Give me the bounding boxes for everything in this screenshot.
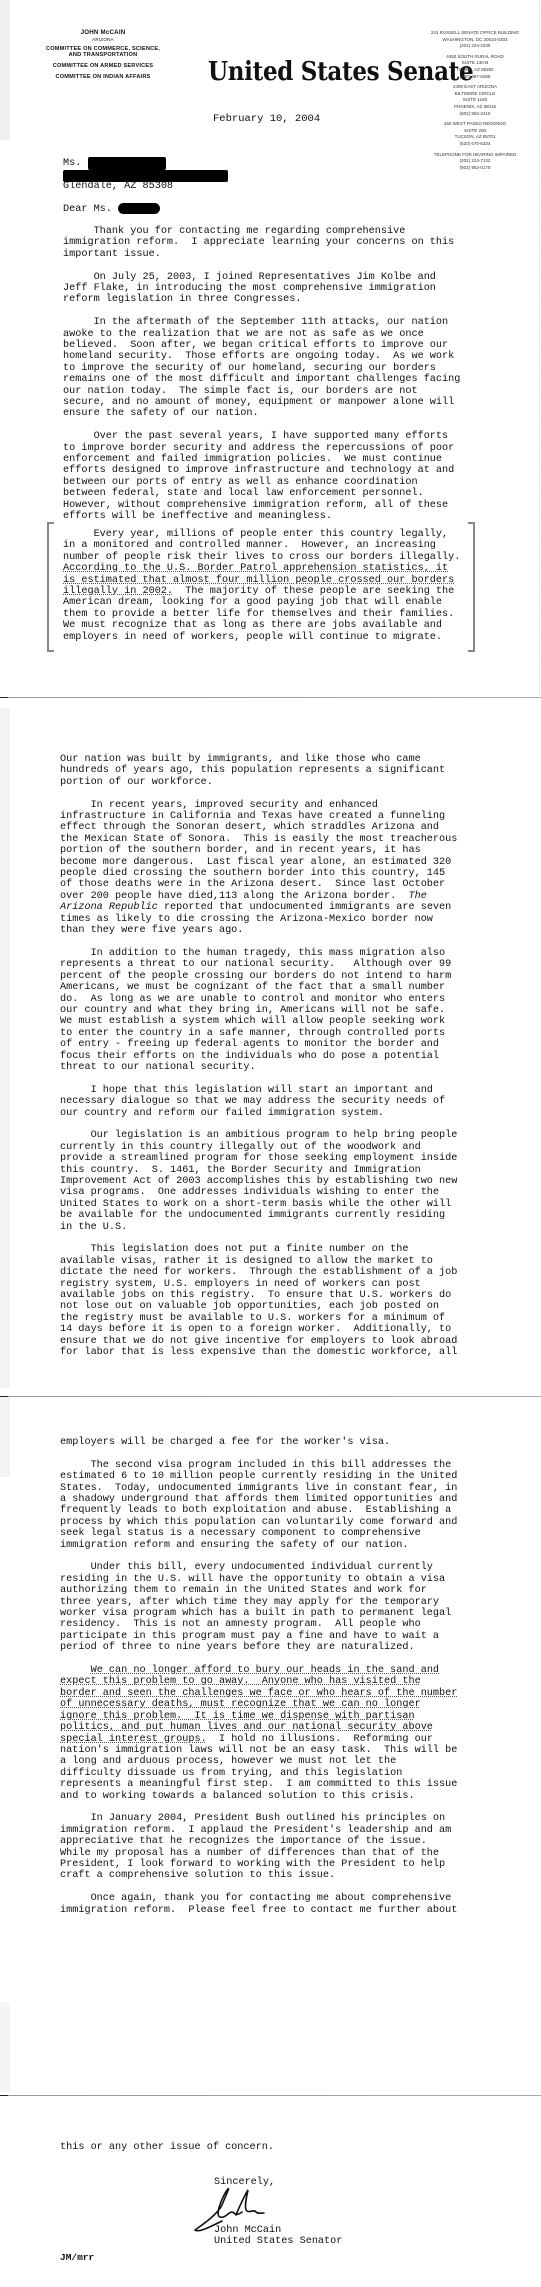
signer-name: John McCain	[214, 2225, 281, 2236]
reference-initials: JM/mrr	[60, 2252, 94, 2263]
letter-body-page-3: employers will be charged a fee for the …	[60, 1437, 490, 1916]
paragraph: This legislation does not put a finite n…	[60, 1244, 490, 1358]
office-address: 241 RUSSELL SENATE OFFICE BUILDING WASHI…	[410, 30, 540, 50]
paragraph: In January 2004, President Bush outlined…	[60, 1813, 490, 1881]
paragraph: In recent years, improved security and e…	[60, 800, 490, 937]
paragraph: Our legislation is an ambitious program …	[60, 1130, 490, 1233]
scan-noise	[0, 0, 10, 140]
paragraph: I hope that this legislation will start …	[60, 1085, 490, 1119]
senator-state: ARIZONA	[38, 37, 168, 44]
paragraph: The second visa program included in this…	[60, 1460, 490, 1551]
indent	[60, 1665, 91, 1676]
letter-page-3: employers will be charged a fee for the …	[0, 1397, 541, 2095]
redacted-recipient-name	[88, 157, 166, 170]
paragraph: Once again, thank you for contacting me …	[60, 1893, 490, 1916]
paragraph: On July 25, 2003, I joined Representativ…	[63, 272, 493, 306]
letter-page-2: Our nation was built by immigrants, and …	[0, 698, 541, 1396]
paragraph: employers will be charged a fee for the …	[60, 1437, 490, 1448]
office-address: 4450 SOUTH RURAL ROAD SUITE 130-B TEMPE,…	[410, 54, 540, 80]
letter-body-page-1: Thank you for contacting me regarding co…	[63, 226, 493, 523]
scan-noise	[0, 708, 10, 1388]
letterhead-offices: 241 RUSSELL SENATE OFFICE BUILDING WASHI…	[410, 30, 540, 175]
text-run: Every year, millions of people enter thi…	[63, 529, 460, 563]
paragraph: Thank you for contacting me regarding co…	[63, 226, 493, 260]
closing-sentence: this or any other issue of concern.	[60, 2142, 490, 2153]
office-address: 2400 EAST ARIZONA BILTMORE CIRCLE SUITE …	[410, 84, 540, 117]
letter-date: February 10, 2004	[213, 113, 320, 125]
text-run: In recent years, improved security and e…	[60, 800, 457, 902]
committee-armed-services: COMMITTEE ON ARMED SERVICES	[38, 63, 168, 70]
signer-title: United States Senator	[214, 2236, 342, 2247]
scan-noise	[0, 1397, 10, 1477]
bracketed-paragraph: Every year, millions of people enter thi…	[63, 529, 493, 643]
recipient-city-line: Glendale, AZ 85308	[63, 181, 493, 192]
paragraph: In addition to the human tragedy, this m…	[60, 948, 490, 1073]
office-address: 450 WEST PASEO REDONDO SUITE 200 TUCSON,…	[410, 121, 540, 147]
letter-body-page-2: Our nation was built by immigrants, and …	[60, 754, 490, 1358]
paragraph: Over the past several years, I have supp…	[63, 431, 493, 522]
redacted-greeting-name	[118, 203, 160, 214]
senator-name: JOHN McCAIN	[38, 30, 168, 37]
committee-commerce: COMMITTEE ON COMMERCE, SCIENCE, AND TRAN…	[38, 46, 168, 60]
paragraph: Every year, millions of people enter thi…	[63, 529, 493, 643]
committee-indian-affairs: COMMITTEE ON INDIAN AFFAIRS	[38, 74, 168, 81]
paragraph: Under this bill, every undocumented indi…	[60, 1562, 490, 1653]
paragraph: We can no longer afford to bury our head…	[60, 1665, 490, 1802]
bracket-left	[47, 522, 54, 652]
paragraph: In the aftermath of the September 11th a…	[63, 317, 493, 420]
letter-page-1: JOHN McCAIN ARIZONA COMMITTEE ON COMMERC…	[0, 0, 541, 697]
scan-noise	[0, 2002, 10, 2092]
paragraph: Our nation was built by immigrants, and …	[60, 754, 490, 788]
letterhead-left: JOHN McCAIN ARIZONA COMMITTEE ON COMMERC…	[38, 30, 168, 85]
